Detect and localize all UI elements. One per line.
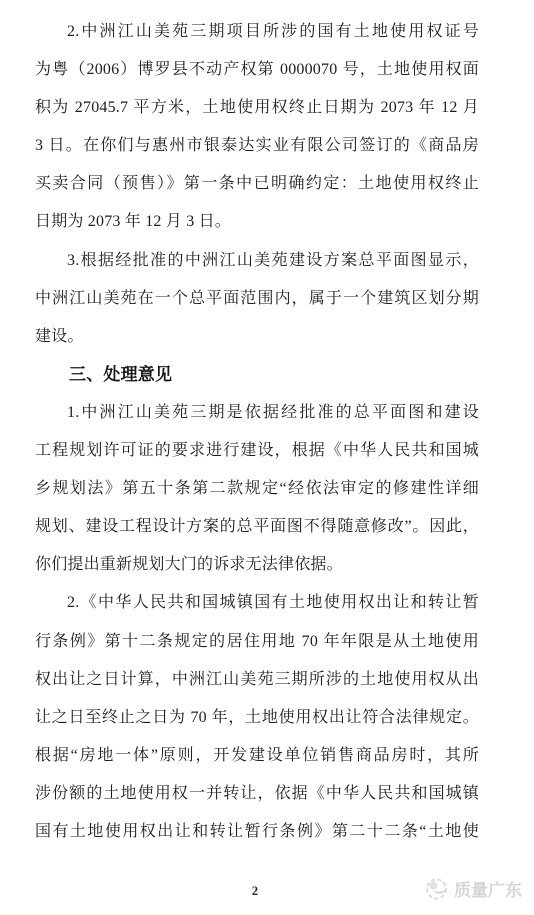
doc-line: 2.中洲江山美苑三期项目所涉的国有土地使用权证号 bbox=[35, 13, 479, 51]
doc-line: 积为 27045.7 平方米，土地使用权终止日期为 2073 年 12 月 bbox=[35, 89, 479, 127]
doc-line: 乡规划法》第五十条第二款规定“经依法审定的修建性详细 bbox=[35, 470, 479, 508]
doc-line: 工程规划许可证的要求进行建设，根据《中华人民共和国城 bbox=[35, 432, 479, 470]
document-body: 2.中洲江山美苑三期项目所涉的国有土地使用权证号 为粤（2006）博罗县不动产权… bbox=[35, 13, 479, 851]
doc-line: 2.《中华人民共和国城镇国有土地使用权出让和转让暂 bbox=[35, 584, 479, 622]
doc-line: 3 日。在你们与惠州市银泰达实业有限公司签订的《商品房 bbox=[35, 127, 479, 165]
doc-line: 根据“房地一体”原则，开发建设单位销售商品房时，其所 bbox=[35, 737, 479, 775]
doc-line: 规划、建设工程设计方案的总平面图不得随意修改”。因此， bbox=[35, 508, 479, 546]
doc-line: 中洲江山美苑在一个总平面范围内，属于一个建筑区划分期 bbox=[35, 280, 479, 318]
quality-guangdong-logo-icon bbox=[424, 876, 449, 901]
doc-line: 买卖合同（预售）》第一条中已明确约定：土地使用权终止 bbox=[35, 165, 479, 203]
doc-line: 为粤（2006）博罗县不动产权第 0000070 号，土地使用权面 bbox=[35, 51, 479, 89]
doc-line: 权出让之日计算，中洲江山美苑三期所涉的土地使用权从出 bbox=[35, 661, 479, 699]
doc-line: 让之日至终止之日为 70 年，土地使用权出让符合法律规定。 bbox=[35, 699, 479, 737]
doc-line: 行条例》第十二条规定的居住用地 70 年年限是从土地使用 bbox=[35, 623, 479, 661]
doc-line: 涉份额的土地使用权一并转让，依据《中华人民共和国城镇 bbox=[35, 775, 479, 813]
doc-line: 建设。 bbox=[35, 318, 479, 356]
doc-line: 你们提出重新规划大门的诉求无法律依据。 bbox=[35, 546, 479, 584]
doc-line: 1.中洲江山美苑三期是依据经批准的总平面图和建设 bbox=[35, 394, 479, 432]
watermark-text: 质量广东 bbox=[454, 876, 522, 901]
doc-line: 日期为 2073 年 12 月 3 日。 bbox=[35, 203, 479, 241]
watermark: 质量广东 bbox=[424, 876, 522, 901]
section-heading: 三、处理意见 bbox=[35, 356, 479, 394]
doc-line: 3.根据经批准的中洲江山美苑建设方案总平面图显示， bbox=[35, 242, 479, 280]
doc-line: 国有土地使用权出让和转让暂行条例》第二十二条“土地使 bbox=[35, 813, 479, 851]
document-page: 2.中洲江山美苑三期项目所涉的国有土地使用权证号 为粤（2006）博罗县不动产权… bbox=[0, 0, 534, 915]
